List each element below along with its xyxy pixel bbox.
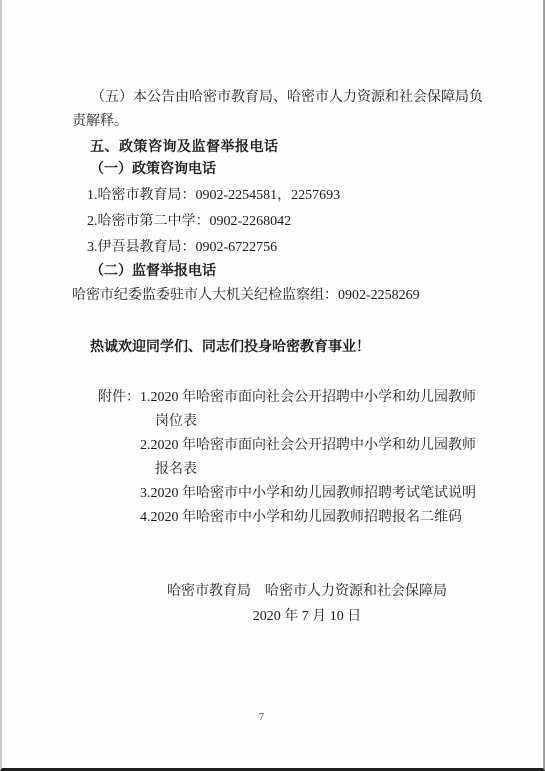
phone-line-education-bureau: 1.哈密市教育局：0902-2254581，2257693 <box>72 184 488 208</box>
attachment-item-1-continuation: 岗位表 <box>140 410 488 434</box>
paragraph-item-five: （五）本公告由哈密市教育局、哈密市人力资源和社会保障局负 责解释。 <box>72 86 488 134</box>
sub-heading-supervision-report: （二）监督举报电话 <box>72 260 488 284</box>
attachment-item-2: 2.2020 年哈密市面向社会公开招聘中小学和幼儿园教师 <box>140 434 488 458</box>
attachments-list: 1.2020 年哈密市面向社会公开招聘中小学和幼儿园教师 岗位表 2.2020 … <box>140 386 488 530</box>
issuing-agencies: 哈密市教育局 哈密市人力资源和社会保障局 <box>99 580 515 604</box>
paragraph-line: （五）本公告由哈密市教育局、哈密市人力资源和社会保障局负 <box>72 86 488 110</box>
attachment-item-3: 3.2020 年哈密市中小学和幼儿园教师招聘考试笔试说明 <box>140 482 488 506</box>
document-body: （五）本公告由哈密市教育局、哈密市人力资源和社会保障局负 责解释。 五、政策咨询… <box>2 0 543 629</box>
welcome-statement: 热诚欢迎同学们、同志们投身哈密教育事业！ <box>72 336 488 360</box>
attachments-block: 附件： 1.2020 年哈密市面向社会公开招聘中小学和幼儿园教师 岗位表 2.2… <box>72 386 488 530</box>
attachment-item-1: 1.2020 年哈密市面向社会公开招聘中小学和幼儿园教师 <box>140 386 488 410</box>
page-number: 7 <box>0 711 532 725</box>
section-five-heading: 五、政策咨询及监督举报电话 <box>72 134 488 158</box>
document-page: （五）本公告由哈密市教育局、哈密市人力资源和社会保障局负 责解释。 五、政策咨询… <box>0 0 545 771</box>
signature-block: 哈密市教育局 哈密市人力资源和社会保障局 2020 年 7 月 10 日 <box>99 580 515 629</box>
phone-line-yiwu-education-bureau: 3.伊吾县教育局：0902-6722756 <box>72 236 488 260</box>
sub-heading-policy-consult: （一）政策咨询电话 <box>72 158 488 182</box>
attachments-label: 附件： <box>72 386 140 530</box>
paragraph-line: 责解释。 <box>72 110 488 134</box>
phone-line-no2-middle-school: 2.哈密市第二中学：0902-2268042 <box>72 210 488 234</box>
attachment-item-4: 4.2020 年哈密市中小学和幼儿园教师招聘报名二维码 <box>140 506 488 530</box>
supervision-phone-line: 哈密市纪委监委驻市人大机关纪检监察组：0902-2258269 <box>72 284 488 308</box>
issue-date: 2020 年 7 月 10 日 <box>99 605 515 629</box>
attachment-item-2-continuation: 报名表 <box>140 458 488 482</box>
